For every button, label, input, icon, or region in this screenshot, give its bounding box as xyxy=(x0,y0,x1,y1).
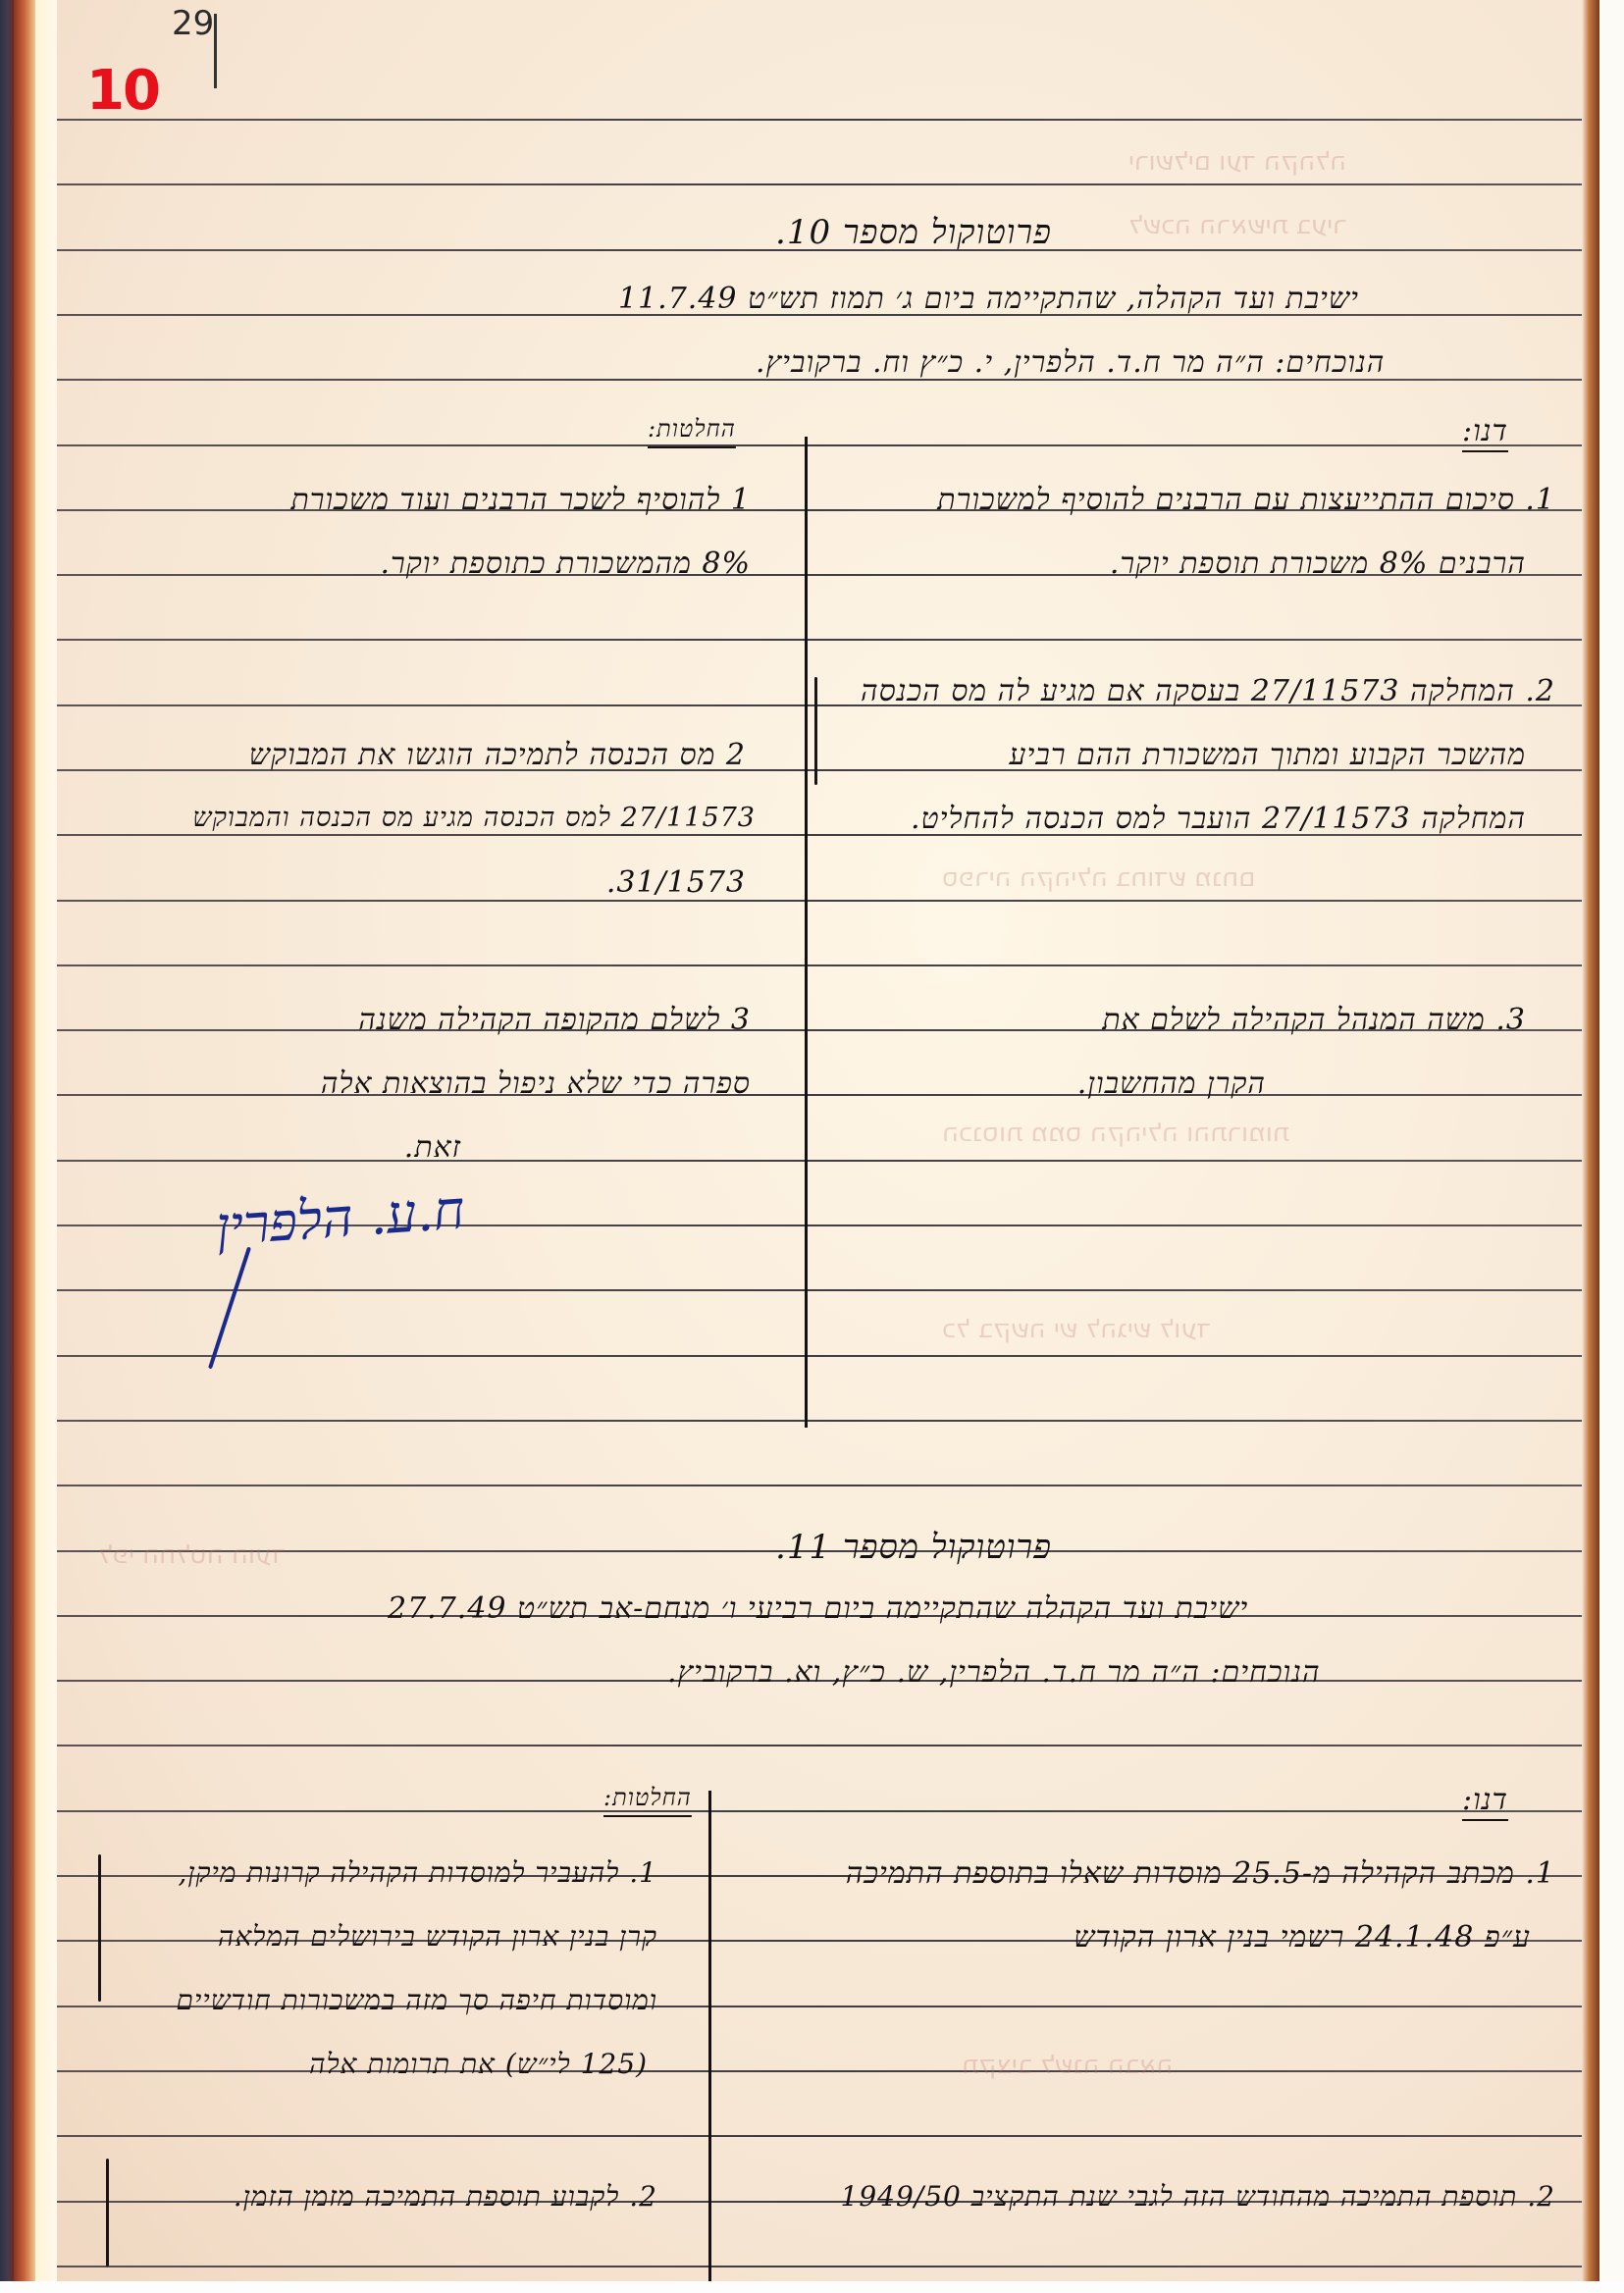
ruled-line xyxy=(57,1485,1582,1486)
item-text: תוספת התמיכה מהחודש הזה לגבי שנת התקציב … xyxy=(841,2180,1518,2213)
notebook-page: ירושלים ועד הקהלה לשכה הראשית בעיר ספריה… xyxy=(0,0,1599,2281)
bleed-through-text: ירושלים ועד הקהלה xyxy=(1128,147,1346,177)
decisions-header: החלטות: xyxy=(648,417,736,441)
ruled-line xyxy=(57,639,1582,641)
agenda-item-line: 1. סיכום ההתייעצות עם הרבנים להוסיף למשכ… xyxy=(937,486,1555,515)
decision-item-line: זאת. xyxy=(404,1133,461,1163)
item-text: משה המנהל הקהילה לשלם את xyxy=(1102,1003,1486,1037)
agenda-item-line: הקרן מהחשבון. xyxy=(1077,1069,1266,1099)
scan-border xyxy=(0,2281,1624,2293)
meeting-line: ישיבת ועד הקהלה, שהתקיימה ביום ג׳ תמוז ת… xyxy=(618,285,1359,314)
agenda-item-line: 2. תוספת התמיכה מהחודש הזה לגבי שנת התקצ… xyxy=(841,2183,1556,2211)
decision-item-line: 8% מהמשכורת כתוספת יוקר. xyxy=(380,549,751,579)
ruled-line xyxy=(57,2070,1582,2072)
agenda-header: דנו: xyxy=(1462,417,1508,446)
column-divider xyxy=(708,1791,711,2281)
item-text: מכתב הקהילה מ-25.5 מוסדות שאלו בתוספת הת… xyxy=(846,1856,1515,1891)
item-text: לשלם מהקופה הקהילה משנה xyxy=(358,1003,720,1037)
present-line: הנוכחים: ה״ה מר ח.ד. הלפרין, י. כ״ץ וח. … xyxy=(756,348,1385,378)
item-number: 1. xyxy=(1525,1856,1555,1891)
margin-bracket xyxy=(106,2159,109,2267)
ruled-line xyxy=(57,1160,1582,1162)
bleed-through-text: הכנסות ממס הקהילה והתרומות xyxy=(942,1119,1289,1148)
agenda-header: דנו: xyxy=(1462,1786,1508,1815)
decision-item-line: 31/1573. xyxy=(606,868,746,898)
item-number: 2. xyxy=(629,2180,657,2213)
agenda-item-line: מהשכר הקבוע ומתוך המשכורת ההם רביע xyxy=(1010,741,1526,770)
ruled-line xyxy=(57,444,1582,446)
book-binding xyxy=(0,0,14,2281)
item-text: המחלקה 27/11573 בעסקה אם מגיע לה מס הכנס… xyxy=(861,674,1515,708)
decision-item-line: 2. לקבוע תוספת התמיכה מזמן הזמן. xyxy=(234,2183,657,2211)
agenda-item-line: 2. המחלקה 27/11573 בעסקה אם מגיע לה מס ה… xyxy=(861,677,1555,706)
ruled-line xyxy=(57,1420,1582,1422)
margin-bracket xyxy=(814,677,817,785)
item-number: 1 xyxy=(731,483,751,517)
decision-item-line: 3 לשלם מהקופה הקהילה משנה xyxy=(358,1006,751,1035)
agenda-item-line: ע״פ 24.1.48 רשמי בנין ארון הקודש xyxy=(1074,1923,1531,1953)
decision-item-line: 27/11573 למס הכנסה מגיע מס הכנסה והמבוקש xyxy=(192,805,756,831)
ruled-line xyxy=(57,2135,1582,2137)
meeting-line: ישיבת ועד הקהלה שהתקיימה ביום רביעי ו׳ מ… xyxy=(388,1594,1248,1624)
page-right-edge xyxy=(1582,0,1599,2281)
ruled-line xyxy=(57,900,1582,902)
red-stamp-number: 10 xyxy=(86,59,159,123)
ruled-line xyxy=(57,1094,1582,1096)
decision-item-line: 2 מס הכנסה לתמיכה הוגשו את המבוקש xyxy=(249,741,746,770)
ruled-line xyxy=(57,2266,1582,2267)
column-divider xyxy=(805,437,808,1428)
ruled-line xyxy=(57,183,1582,185)
protocol-title: פרוטוקול מספר 10. xyxy=(775,216,1052,249)
item-number: 2. xyxy=(1525,674,1555,708)
ruled-line xyxy=(57,964,1582,966)
item-text: לקבוע תוספת התמיכה מזמן הזמן. xyxy=(234,2180,620,2213)
pencil-page-number: 29 xyxy=(172,4,214,43)
item-text: להוסיף לשכר הרבנים ועוד משכורת xyxy=(290,483,720,517)
page-edge-shadow xyxy=(14,0,35,2281)
item-text: סיכום ההתייעצות עם הרבנים להוסיף למשכורת xyxy=(937,483,1515,517)
item-number: 1. xyxy=(629,1856,657,1889)
margin-bracket xyxy=(98,1854,101,2002)
item-text: להעביר למוסדות הקהילה קרונות מיקן, xyxy=(178,1856,619,1889)
signature: ח.ע. הלפרין xyxy=(214,1178,466,1258)
bleed-through-text: תקציב לשנה הבאה xyxy=(962,2051,1173,2080)
item-number: 3. xyxy=(1495,1003,1526,1037)
item-number: 2 xyxy=(726,738,746,772)
item-number: 1. xyxy=(1525,483,1555,517)
item-number: 2. xyxy=(1527,2180,1555,2213)
decision-item-line: 1 להוסיף לשכר הרבנים ועוד משכורת xyxy=(290,486,751,515)
bleed-through-text: לשכה הראשית בעיר xyxy=(1128,211,1347,240)
decision-item-line: קרן בנין ארון הקודש בירושלים המלאה xyxy=(218,1923,657,1951)
item-number: 3 xyxy=(731,1003,751,1037)
present-line: הנוכחים: ה״ה מר ח.ד. הלפרין, ש. כ״ץ, וא.… xyxy=(667,1658,1321,1688)
ruled-line xyxy=(57,119,1582,121)
protocol-title: פרוטוקול מספר 11. xyxy=(775,1531,1052,1564)
page-margin xyxy=(35,0,57,2281)
ruled-line xyxy=(57,1355,1582,1357)
ruled-line xyxy=(57,1289,1582,1291)
agenda-item-line: 1. מכתב הקהילה מ-25.5 מוסדות שאלו בתוספת… xyxy=(846,1859,1555,1889)
ruled-line xyxy=(57,1810,1582,1812)
item-text: מס הכנסה לתמיכה הוגשו את המבוקש xyxy=(249,738,716,772)
ruled-line xyxy=(57,1745,1582,1746)
agenda-item-line: 3. משה המנהל הקהילה לשלם את xyxy=(1102,1006,1526,1035)
pencil-mark xyxy=(214,14,217,88)
bleed-through-text: לפי החלטה הועד xyxy=(98,1540,286,1570)
decision-item-line: 1. להעביר למוסדות הקהילה קרונות מיקן, xyxy=(178,1859,657,1887)
decision-item-line: ספרה כדי שלא ניפול בהוצאות אלה xyxy=(321,1069,751,1099)
decisions-header: החלטות: xyxy=(603,1786,692,1809)
bleed-through-text: ספריה הקהילה בחודש מנחם xyxy=(942,863,1255,893)
decision-item-line: ומוסדות חיפה סך מזה במשכורות חודשיים xyxy=(177,1987,657,2014)
signature-stroke xyxy=(208,1247,251,1370)
decision-item-line: (125 לי״ש) את תרומות אלה xyxy=(309,2051,648,2078)
agenda-item-line: המחלקה 27/11573 הועבר למס הכנסה להחליט. xyxy=(911,805,1526,834)
agenda-item-line: הרבנים 8% משכורת תוספת יוקר. xyxy=(1110,549,1526,579)
bleed-through-text: כל בקשה יש להגיש לועד xyxy=(942,1315,1211,1344)
